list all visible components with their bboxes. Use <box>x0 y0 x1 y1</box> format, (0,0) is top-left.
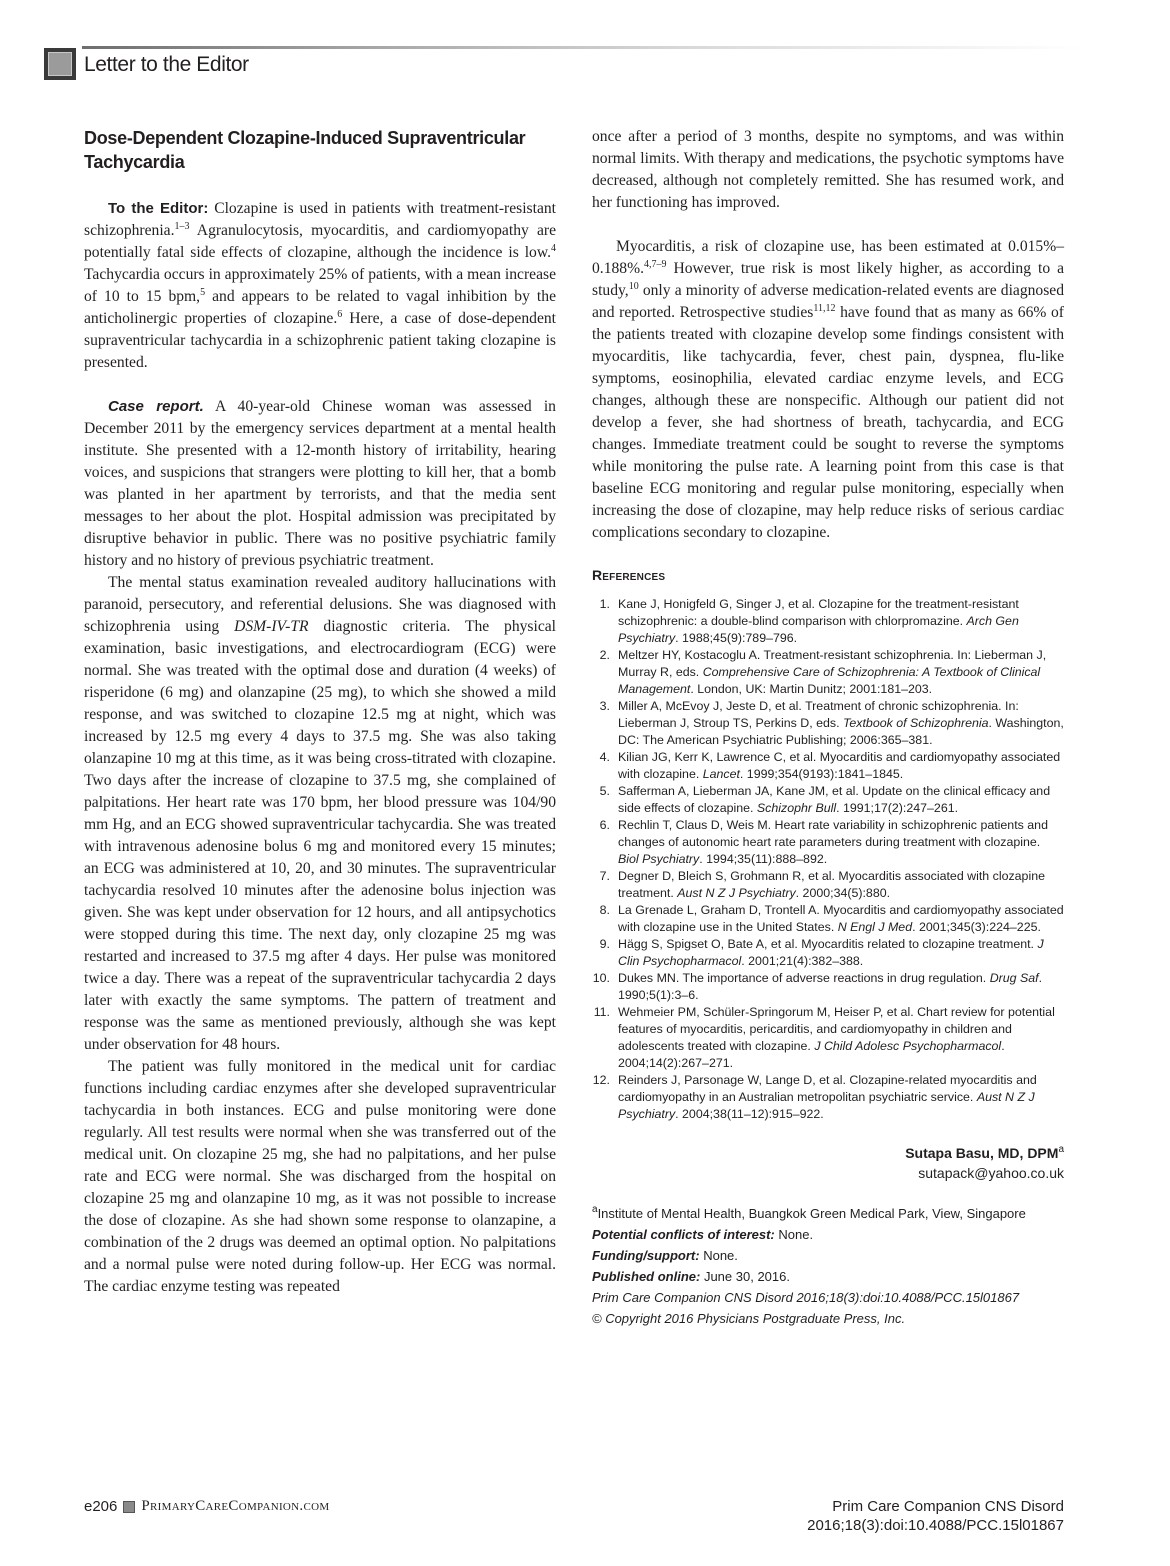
published-line: Published online: June 30, 2016. <box>592 1266 1064 1287</box>
mental-status-text: diagnostic criteria. The physical examin… <box>84 618 556 1053</box>
footer-left: e206 PrimaryCareCompanion.com <box>84 1498 329 1515</box>
case-report-lead: Case report. <box>108 398 204 415</box>
article-title: Dose-Dependent Clozapine-Induced Suprave… <box>84 126 556 174</box>
monitoring-paragraph: The patient was fully monitored in the m… <box>84 1056 556 1298</box>
funding-line: Funding/support: None. <box>592 1245 1064 1266</box>
affiliation-marker: a <box>1058 1144 1064 1155</box>
copyright-line: © Copyright 2016 Physicians Postgraduate… <box>592 1308 1064 1329</box>
reference-item: 10.Dukes MN. The importance of adverse r… <box>592 970 1064 1004</box>
citation-superscript: 4 <box>551 243 556 254</box>
reference-item: 2.Meltzer HY, Kostacoglu A. Treatment-re… <box>592 647 1064 698</box>
citation-line: Prim Care Companion CNS Disord 2016;18(3… <box>592 1287 1064 1308</box>
citation-superscript: 10 <box>629 281 639 292</box>
case-report-text: A 40-year-old Chinese woman was assessed… <box>84 398 556 569</box>
author-email[interactable]: sutapack@yahoo.co.uk <box>592 1163 1064 1183</box>
footer-site-link[interactable]: PrimaryCareCompanion.com <box>141 1498 329 1515</box>
reference-item: 9.Hägg S, Spigset O, Bate A, et al. Myoc… <box>592 936 1064 970</box>
reference-item: 5.Safferman A, Lieberman JA, Kane JM, et… <box>592 783 1064 817</box>
reference-item: 3.Miller A, McEvoy J, Jeste D, et al. Tr… <box>592 698 1064 749</box>
dsm-term: DSM-IV-TR <box>234 618 309 635</box>
intro-lead: To the Editor: <box>108 200 208 217</box>
reference-item: 6.Rechlin T, Claus D, Weis M. Heart rate… <box>592 817 1064 868</box>
section-label: Letter to the Editor <box>84 53 249 77</box>
discussion-text: have found that as many as 66% of the pa… <box>592 304 1064 541</box>
mental-status-paragraph: The mental status examination revealed a… <box>84 572 556 1056</box>
footer-square-icon <box>123 1501 135 1513</box>
intro-paragraph: To the Editor: Clozapine is used in pati… <box>84 198 556 374</box>
author-block: Sutapa Basu, MD, DPMa sutapack@yahoo.co.… <box>592 1143 1064 1183</box>
footer-right: Prim Care Companion CNS Disord 2016;18(3… <box>807 1497 1064 1535</box>
citation-superscript: 4,7–9 <box>644 259 667 270</box>
header-rule <box>82 46 1082 49</box>
author-name: Sutapa Basu, MD, DPM <box>905 1145 1058 1161</box>
references-heading: References <box>592 564 1064 586</box>
left-column: Dose-Dependent Clozapine-Induced Suprave… <box>84 126 556 1298</box>
reference-item: 7.Degner D, Bleich S, Grohmann R, et al.… <box>592 868 1064 902</box>
article-notes: aInstitute of Mental Health, Buangkok Gr… <box>592 1203 1064 1329</box>
discussion-paragraph: Myocarditis, a risk of clozapine use, ha… <box>592 236 1064 544</box>
footer-journal: Prim Care Companion CNS Disord <box>807 1497 1064 1516</box>
page-number: e206 <box>84 1498 117 1515</box>
reference-item: 8.La Grenade L, Graham D, Trontell A. My… <box>592 902 1064 936</box>
citation-superscript: 1–3 <box>175 221 190 232</box>
conflicts-line: Potential conflicts of interest: None. <box>592 1224 1064 1245</box>
section-square-icon <box>44 48 76 80</box>
reference-item: 12.Reinders J, Parsonage W, Lange D, et … <box>592 1072 1064 1123</box>
reference-item: 11.Wehmeier PM, Schüler-Springorum M, He… <box>592 1004 1064 1072</box>
affiliation-line: aInstitute of Mental Health, Buangkok Gr… <box>592 1203 1064 1224</box>
footer-doi: 2016;18(3):doi:10.4088/PCC.15l01867 <box>807 1516 1064 1535</box>
references-list: 1.Kane J, Honigfeld G, Singer J, et al. … <box>592 596 1064 1123</box>
right-column: once after a period of 3 months, despite… <box>592 126 1064 1329</box>
case-report-paragraph: Case report. A 40-year-old Chinese woman… <box>84 396 556 572</box>
citation-superscript: 11,12 <box>813 303 835 314</box>
reference-item: 1.Kane J, Honigfeld G, Singer J, et al. … <box>592 596 1064 647</box>
monitoring-continued-paragraph: once after a period of 3 months, despite… <box>592 126 1064 214</box>
reference-item: 4.Kilian JG, Kerr K, Lawrence C, et al. … <box>592 749 1064 783</box>
